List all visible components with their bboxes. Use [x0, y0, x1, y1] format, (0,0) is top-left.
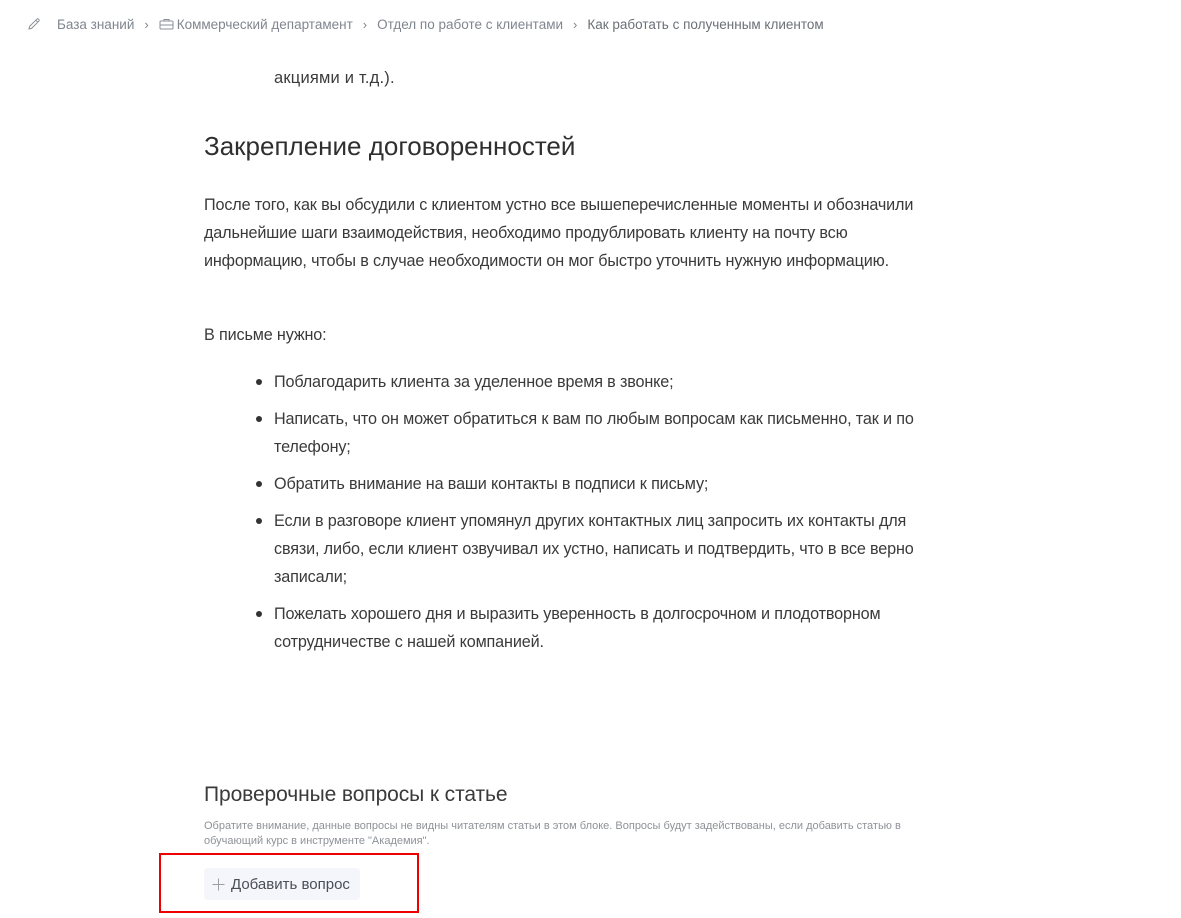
breadcrumb-item-current-article: Как работать с полученным клиентом — [587, 17, 823, 32]
paragraph: После того, как вы обсудили с клиентом у… — [204, 191, 934, 275]
bullet-icon — [256, 518, 262, 524]
list-item: Поблагодарить клиента за уделенное время… — [274, 368, 934, 396]
list-item-text: Поблагодарить клиента за уделенное время… — [274, 373, 673, 391]
list-item-text: Обратить внимание на ваши контакты в под… — [274, 475, 708, 493]
briefcase-icon — [159, 18, 174, 30]
list-item-text: Если в разговоре клиент упомянул других … — [274, 512, 914, 586]
questions-title: Проверочные вопросы к статье — [204, 781, 507, 809]
breadcrumb: База знаний › Коммерческий департамент ›… — [27, 13, 824, 35]
list-item: Пожелать хорошего дня и выразить уверенн… — [274, 600, 934, 656]
breadcrumb-separator: › — [144, 17, 148, 32]
list-item-text: Написать, что он может обратиться к вам … — [274, 410, 914, 456]
list-item: Обратить внимание на ваши контакты в под… — [274, 470, 934, 498]
questions-note: Обратите внимание, данные вопросы не вид… — [204, 819, 944, 849]
list-item: Написать, что он может обратиться к вам … — [274, 405, 934, 461]
breadcrumb-item-knowledge-base[interactable]: База знаний — [57, 17, 134, 32]
bullet-icon — [256, 379, 262, 385]
breadcrumb-item-client-department[interactable]: Отдел по работе с клиентами — [377, 17, 563, 32]
add-question-label: Добавить вопрос — [231, 876, 350, 893]
bullet-list: Поблагодарить клиента за уделенное время… — [274, 368, 934, 665]
plus-icon — [212, 878, 225, 891]
pencil-icon[interactable] — [27, 17, 41, 31]
breadcrumb-separator: › — [363, 17, 367, 32]
add-question-button[interactable]: Добавить вопрос — [204, 868, 360, 900]
list-item-text: Пожелать хорошего дня и выразить уверенн… — [274, 605, 880, 651]
list-item: Если в разговоре клиент упомянул других … — [274, 507, 934, 591]
bullet-icon — [256, 481, 262, 487]
breadcrumb-separator: › — [573, 17, 577, 32]
breadcrumb-item-commercial-department[interactable]: Коммерческий департамент — [177, 17, 353, 32]
list-intro: В письме нужно: — [204, 321, 327, 349]
bullet-icon — [256, 416, 262, 422]
section-heading: Закрепление договоренностей — [204, 130, 575, 162]
bullet-icon — [256, 611, 262, 617]
list-item-continuation: акциями и т.д.). — [274, 68, 395, 88]
